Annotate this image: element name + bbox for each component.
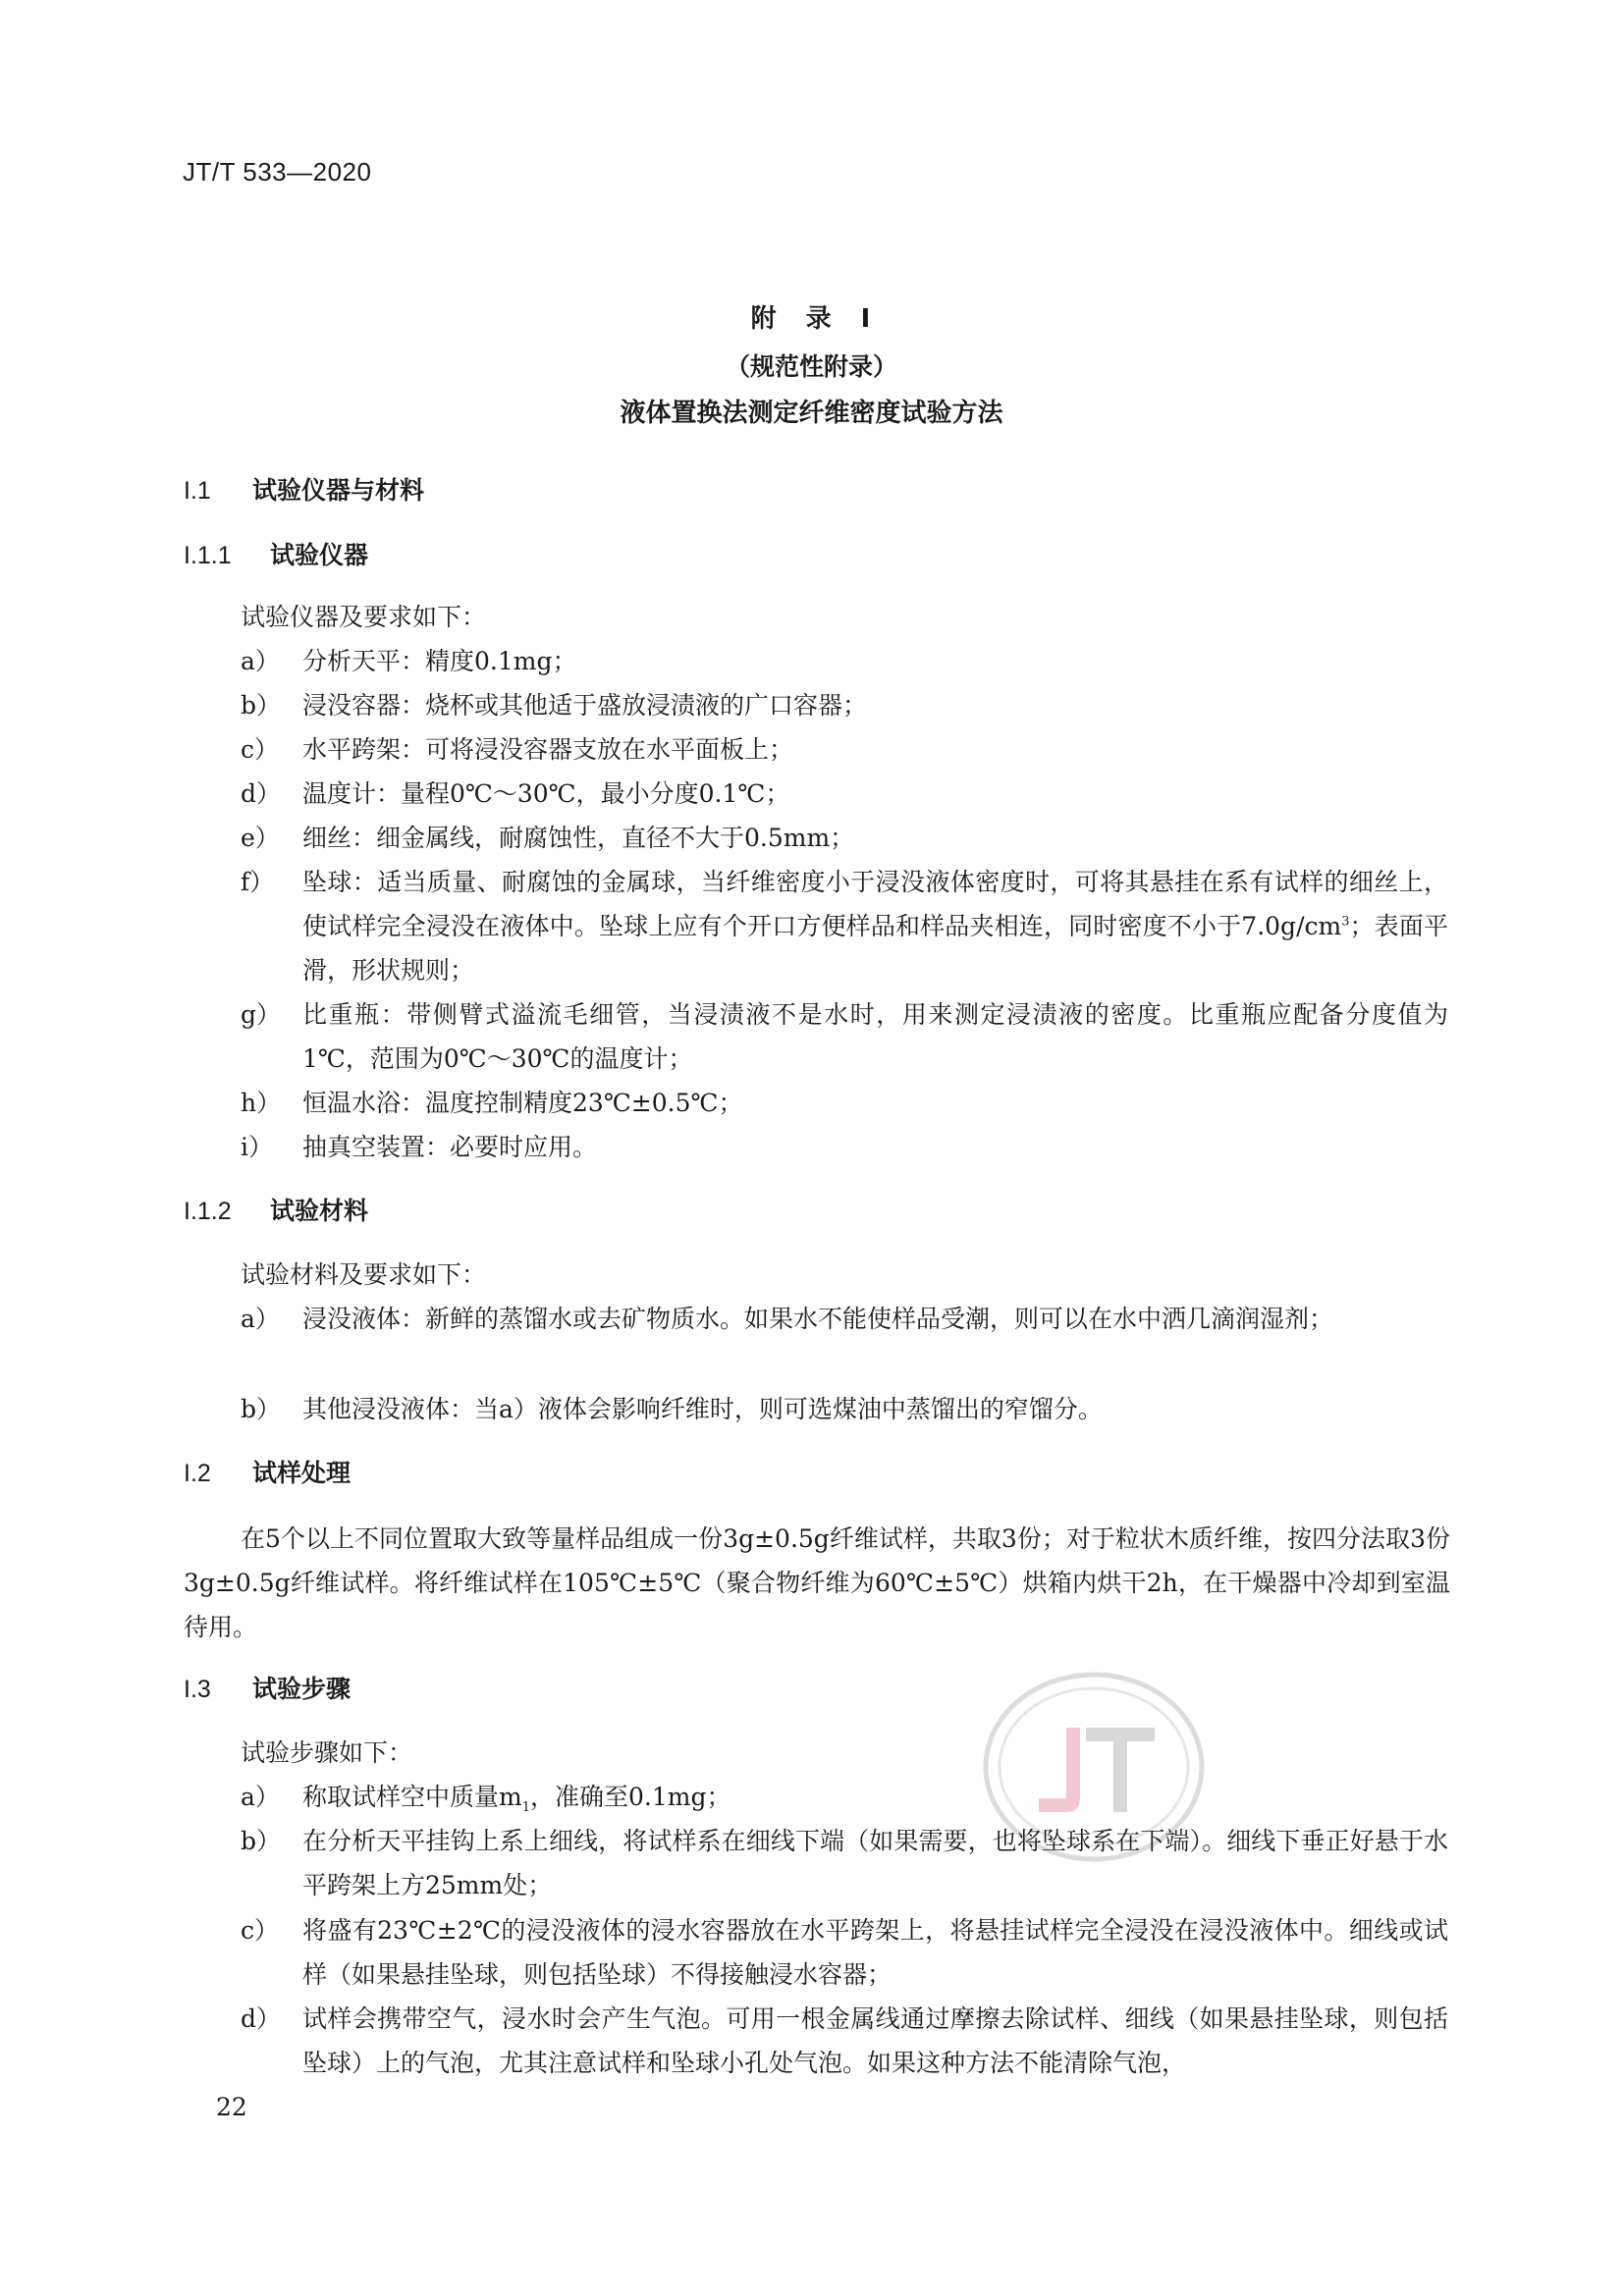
section-heading-i2: I.2试样处理 [184,1454,351,1489]
item-text: 温度计：量程0℃～30℃，最小分度0.1℃； [302,772,1448,816]
standard-code: JT/T 533—2020 [183,157,371,187]
annex-title: 附 录 I [0,298,1623,335]
section-number: I.1 [184,477,252,506]
item-label: b） [241,683,299,727]
list-item: a） 浸没液体：新鲜的蒸馏水或去矿物质水。如果水不能使样品受潮，则可以在水中洒几… [241,1297,1448,1341]
section-number: I.1.2 [184,1198,270,1226]
item-text: 比重瓶：带侧臂式溢流毛细管，当浸渍液不是水时，用来测定浸渍液的密度。比重瓶应配备… [302,992,1448,1081]
item-label: a） [241,1775,299,1819]
section-heading-i1: I.1试验仪器与材料 [184,471,424,507]
annex-name: 液体置换法测定纤维密度试验方法 [0,393,1623,429]
section-title: 试验步骤 [252,1675,351,1703]
item-label: h） [241,1081,299,1125]
annex-type: （规范性附录） [0,347,1623,383]
section-title: 试验材料 [270,1197,368,1225]
section-number: I.2 [184,1460,252,1488]
item-text: 坠球：适当质量、耐腐蚀的金属球，当纤维密度小于浸没液体密度时，可将其悬挂在系有试… [302,860,1448,992]
item-text: 分析天平：精度0.1mg； [302,639,1448,683]
item-text: 在分析天平挂钩上系上细线，将试样系在细线下端（如果需要，也将坠球系在下端）。细线… [302,1819,1448,1907]
item-label: d） [241,772,299,816]
list-item: c） 水平跨架：可将浸没容器支放在水平面板上； [241,727,1448,772]
item-text: 浸没液体：新鲜的蒸馏水或去矿物质水。如果水不能使样品受潮，则可以在水中洒几滴润湿… [302,1297,1448,1341]
item-label: i） [241,1125,299,1169]
list-item: d） 试样会携带空气，浸水时会产生气泡。可用一根金属线通过摩擦去除试样、细线（如… [241,1997,1448,2085]
item-label: g） [241,992,299,1037]
item-text: 试样会携带空气，浸水时会产生气泡。可用一根金属线通过摩擦去除试样、细线（如果悬挂… [302,1997,1448,2085]
list-item: b） 其他浸没液体：当a）液体会影响纤维时，则可选煤油中蒸馏出的窄馏分。 [241,1387,1448,1431]
list-item: a） 分析天平：精度0.1mg； [241,639,1448,683]
item-label: a） [241,1297,299,1341]
section-title: 试验仪器与材料 [252,476,424,505]
section-number: I.3 [184,1676,252,1704]
list-item: d） 温度计：量程0℃～30℃，最小分度0.1℃； [241,772,1448,816]
item-text: 细丝：细金属线，耐腐蚀性，直径不大于0.5mm； [302,816,1448,860]
item-text: 将盛有23℃±2℃的浸没液体的浸水容器放在水平跨架上，将悬挂试样完全浸没在浸没液… [302,1908,1448,1997]
item-label: f） [241,860,299,904]
section-heading-i3: I.3试验步骤 [184,1670,351,1705]
item-text: 称取试样空中质量m1，准确至0.1mg； [302,1775,1448,1819]
list-item: e） 细丝：细金属线，耐腐蚀性，直径不大于0.5mm； [241,816,1448,860]
item-text: 水平跨架：可将浸没容器支放在水平面板上； [302,727,1448,772]
list-item: b） 在分析天平挂钩上系上细线，将试样系在细线下端（如果需要，也将坠球系在下端）… [241,1819,1448,1907]
section-heading-i12: I.1.2试验材料 [184,1192,368,1227]
item-label: b） [241,1387,299,1431]
item-label: c） [241,1908,299,1952]
list-item: a） 称取试样空中质量m1，准确至0.1mg； [241,1775,1448,1819]
item-label: a） [241,639,299,683]
item-label: e） [241,816,299,860]
section-number: I.1.1 [184,542,270,570]
item-text: 恒温水浴：温度控制精度23℃±0.5℃； [302,1081,1448,1125]
section-title: 试验仪器 [270,541,368,569]
item-label: d） [241,1997,299,2041]
section-heading-i11: I.1.1试验仪器 [184,536,368,571]
page-number: 22 [216,2093,247,2121]
item-label: c） [241,727,299,772]
list-item: c） 将盛有23℃±2℃的浸没液体的浸水容器放在水平跨架上，将悬挂试样完全浸没在… [241,1908,1448,1997]
intro-text: 试验步骤如下： [241,1731,412,1775]
intro-text: 试验材料及要求如下： [241,1253,486,1297]
item-label: b） [241,1819,299,1863]
paragraph: 在5个以上不同位置取大致等量样品组成一份3g±0.5g纤维试样，共取3份；对于粒… [184,1517,1450,1649]
item-text: 浸没容器：烧杯或其他适于盛放浸渍液的广口容器； [302,683,1448,727]
list-item: i） 抽真空装置：必要时应用。 [241,1125,1448,1169]
section-title: 试样处理 [252,1459,351,1487]
list-item: f） 坠球：适当质量、耐腐蚀的金属球，当纤维密度小于浸没液体密度时，可将其悬挂在… [241,860,1448,992]
item-text: 其他浸没液体：当a）液体会影响纤维时，则可选煤油中蒸馏出的窄馏分。 [302,1387,1448,1431]
list-item: g） 比重瓶：带侧臂式溢流毛细管，当浸渍液不是水时，用来测定浸渍液的密度。比重瓶… [241,992,1448,1081]
list-item: h） 恒温水浴：温度控制精度23℃±0.5℃； [241,1081,1448,1125]
list-item: b） 浸没容器：烧杯或其他适于盛放浸渍液的广口容器； [241,683,1448,727]
item-text: 抽真空装置：必要时应用。 [302,1125,1448,1169]
intro-text: 试验仪器及要求如下： [241,595,486,639]
